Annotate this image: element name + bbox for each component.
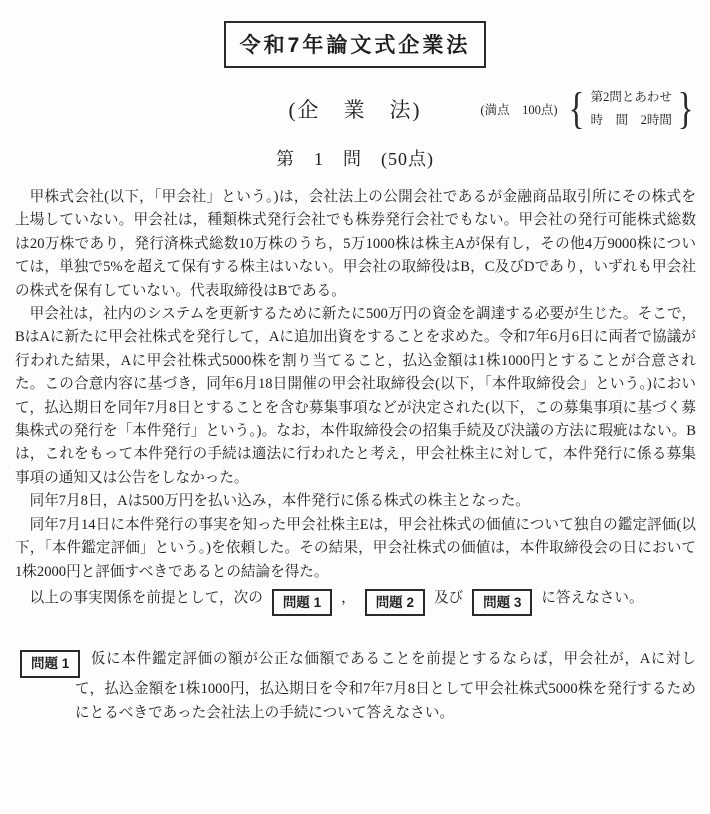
open-brace-glyph: {	[569, 87, 585, 131]
facts-paragraph-5-suffix: に答えなさい。	[541, 590, 643, 606]
subject-name: (企 業 法)	[289, 94, 422, 124]
points-note: (満点 100点)	[480, 100, 557, 118]
subject-row: (企 業 法) (満点 100点) { 第2問とあわせ 時 間 2時間 }	[0, 84, 710, 136]
facts-paragraph-4: 同年7月14日に本件発行の事実を知った甲会社株主Eは，甲会社株式の価値について独…	[15, 514, 696, 584]
exam-meta-group: (満点 100点) { 第2問とあわせ 時 間 2時間 }	[480, 86, 696, 131]
problem-1-text: 仮に本件鑑定評価の額が公正な価額であることを前提とするならば，甲会社が，Aに対し…	[75, 651, 696, 720]
exam-title-box: 令和7年論文式企業法	[224, 21, 487, 68]
problem-1-label-box: 問題 1	[20, 650, 80, 678]
time-note-group: { 第2問とあわせ 時 間 2時間 }	[566, 86, 696, 131]
close-brace-glyph: }	[678, 87, 694, 131]
facts-paragraph-5-separator-2: 及び	[434, 590, 463, 606]
facts-paragraph-5-separator-1: ，	[341, 590, 356, 606]
problem-1-paragraph: 問題 1仮に本件鑑定評価の額が公正な価額であることを前提とするならば，甲会社が，…	[20, 648, 696, 725]
exam-page: 令和7年論文式企業法 (企 業 法) (満点 100点) { 第2問とあわせ 時…	[0, 0, 710, 814]
problem-1-section: 問題 1仮に本件鑑定評価の額が公正な価額であることを前提とするならば，甲会社が，…	[20, 648, 696, 725]
question-number-header: 第 1 問 (50点)	[0, 145, 710, 171]
case-facts: 甲株式会社(以下，「甲会社」という。)は，会社法上の公開会社であるが金融商品取引…	[15, 186, 696, 616]
facts-paragraph-5: 以上の事実関係を前提として，次の問題 1，問題 2及び問題 3に答えなさい。	[15, 585, 696, 617]
facts-paragraph-2: 甲会社は，社内のシステムを更新するために新たに500万円の資金を調達する必要が生…	[15, 303, 696, 490]
time-note-lines: 第2問とあわせ 時 間 2時間	[588, 86, 675, 131]
time-note-line2: 時 間 2時間	[591, 109, 672, 132]
facts-paragraph-5-prefix: 以上の事実関係を前提として，次の	[30, 590, 263, 606]
exam-title: 令和7年論文式企業法	[240, 34, 471, 57]
problem-2-reference-box: 問題 2	[365, 589, 425, 617]
facts-paragraph-1: 甲株式会社(以下，「甲会社」という。)は，会社法上の公開会社であるが金融商品取引…	[15, 186, 696, 303]
problem-3-reference-box: 問題 3	[472, 589, 532, 617]
problem-1-reference-box: 問題 1	[272, 589, 332, 617]
time-note-line1: 第2問とあわせ	[591, 86, 672, 109]
facts-paragraph-3: 同年7月8日，Aは500万円を払い込み，本件発行に係る株式の株主となった。	[15, 490, 696, 513]
